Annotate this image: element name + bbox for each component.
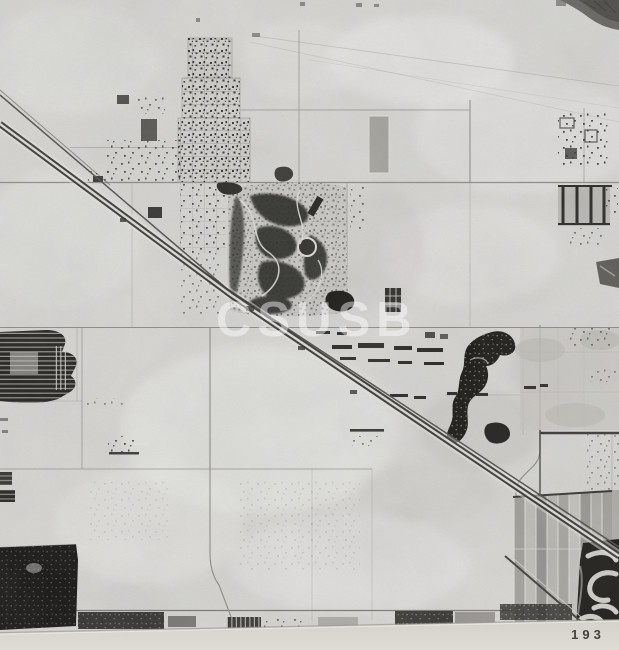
aerial-photo-svg bbox=[0, 0, 619, 650]
film-grain bbox=[0, 0, 619, 633]
photo-content bbox=[0, 0, 619, 633]
page-number: 193 bbox=[566, 626, 610, 644]
scanned-aerial-photograph: CSUSB 193 bbox=[0, 0, 619, 650]
